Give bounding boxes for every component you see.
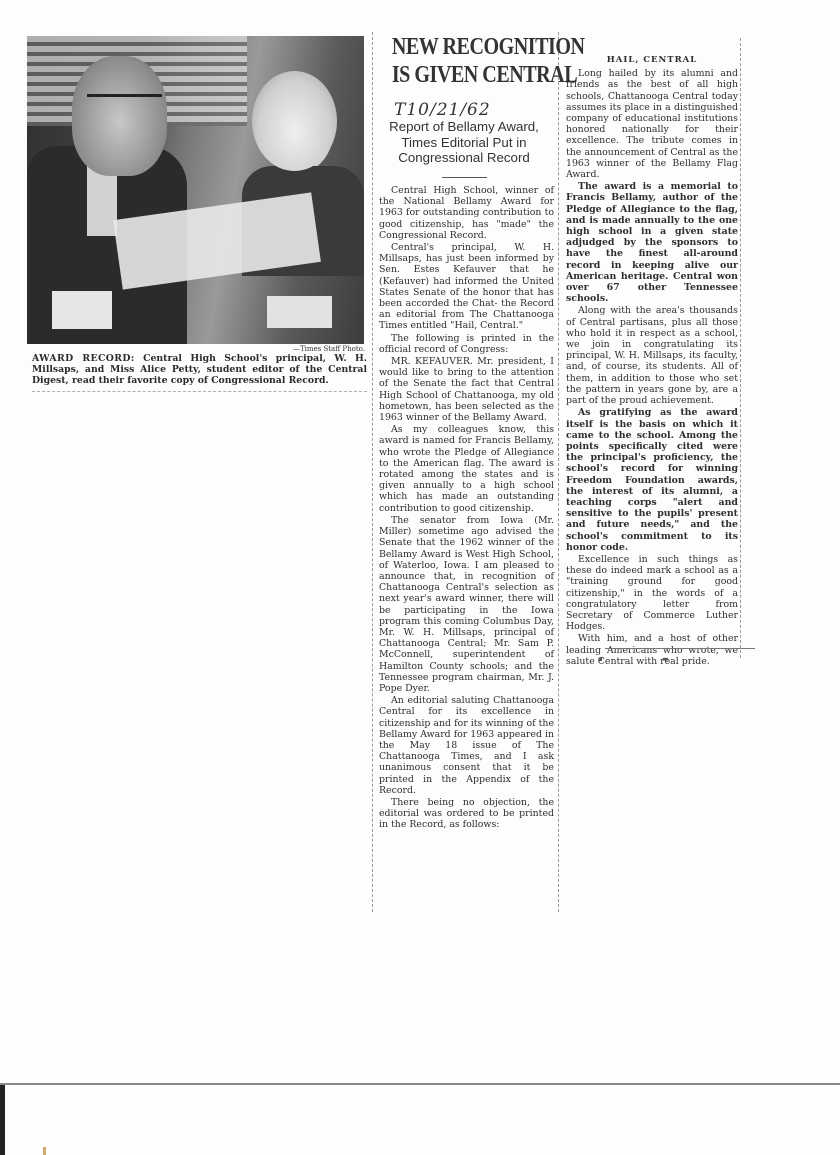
article-paragraph: MR. KEFAUVER. Mr. president, I would lik… [379,356,554,423]
woman-head [252,71,337,171]
article-paragraph: As my colleagues know, this award is nam… [379,424,554,514]
article-paragraph: Central's principal, W. H. Millsaps, has… [379,242,554,332]
news-photo [27,36,364,344]
editorial-paragraph: With him, and a host of other leading Am… [566,633,738,667]
headline: NEW RECOGNITION IS GIVEN CENTRAL [392,33,536,89]
end-mark: ▬ [662,655,669,663]
editorial-paragraph: Long hailed by its alumni and friends as… [566,68,738,180]
subhead-divider [442,177,487,178]
photo-credit: —Times Staff Photo. [220,345,365,353]
subhead-line-2: Times Editorial Put in [376,135,552,151]
column-border-right [740,38,741,658]
article-paragraph: The senator from Iowa (Mr. Miller) somet… [379,515,554,694]
article-paragraph: The following is printed in the official… [379,333,554,355]
editorial-heading: HAIL, CENTRAL [566,55,738,66]
scanner-edge [0,1085,5,1155]
article-paragraph: There being no objection, the editorial … [379,797,554,831]
editorial-paragraph: The award is a memorial to Francis Bella… [566,181,738,304]
scanner-bed [0,1085,840,1155]
editorial-paragraph: Along with the area's thousands of Centr… [566,305,738,406]
man-head [72,56,167,176]
caption-divider [32,391,367,392]
editorial-end-rule [605,648,755,649]
column-border-left [372,32,373,912]
handwritten-date: T10/21/62 [394,100,491,120]
headline-line-1: NEW RECOGNITION [392,33,536,61]
article-paragraph: Central High School, winner of the Natio… [379,185,554,241]
desk-paper-left [52,291,112,329]
article-column: Central High School, winner of the Natio… [379,185,554,831]
subhead-line-3: Congressional Record [376,150,552,166]
editorial-paragraph: Excellence in such things as these do in… [566,554,738,632]
scan-artifact [43,1147,46,1155]
article-paragraph: An editorial saluting Chattanooga Centra… [379,695,554,796]
photo-caption: AWARD RECORD: Central High School's prin… [32,353,367,386]
headline-line-2: IS GIVEN CENTRAL [392,61,536,89]
desk-paper-right [267,296,332,328]
editorial-paragraph: As gratifying as the award itself is the… [566,407,738,553]
subheadline: Report of Bellamy Award, Times Editorial… [376,119,552,166]
glasses [87,94,162,109]
column-border-middle [558,32,559,912]
scanned-page: —Times Staff Photo. AWARD RECORD: Centra… [0,0,840,1085]
editorial-column: HAIL, CENTRAL Long hailed by its alumni … [566,55,738,667]
end-mark: ▪ [598,655,603,663]
subhead-line-1: Report of Bellamy Award, [376,119,552,135]
caption-lead: AWARD RECORD: [32,353,135,364]
